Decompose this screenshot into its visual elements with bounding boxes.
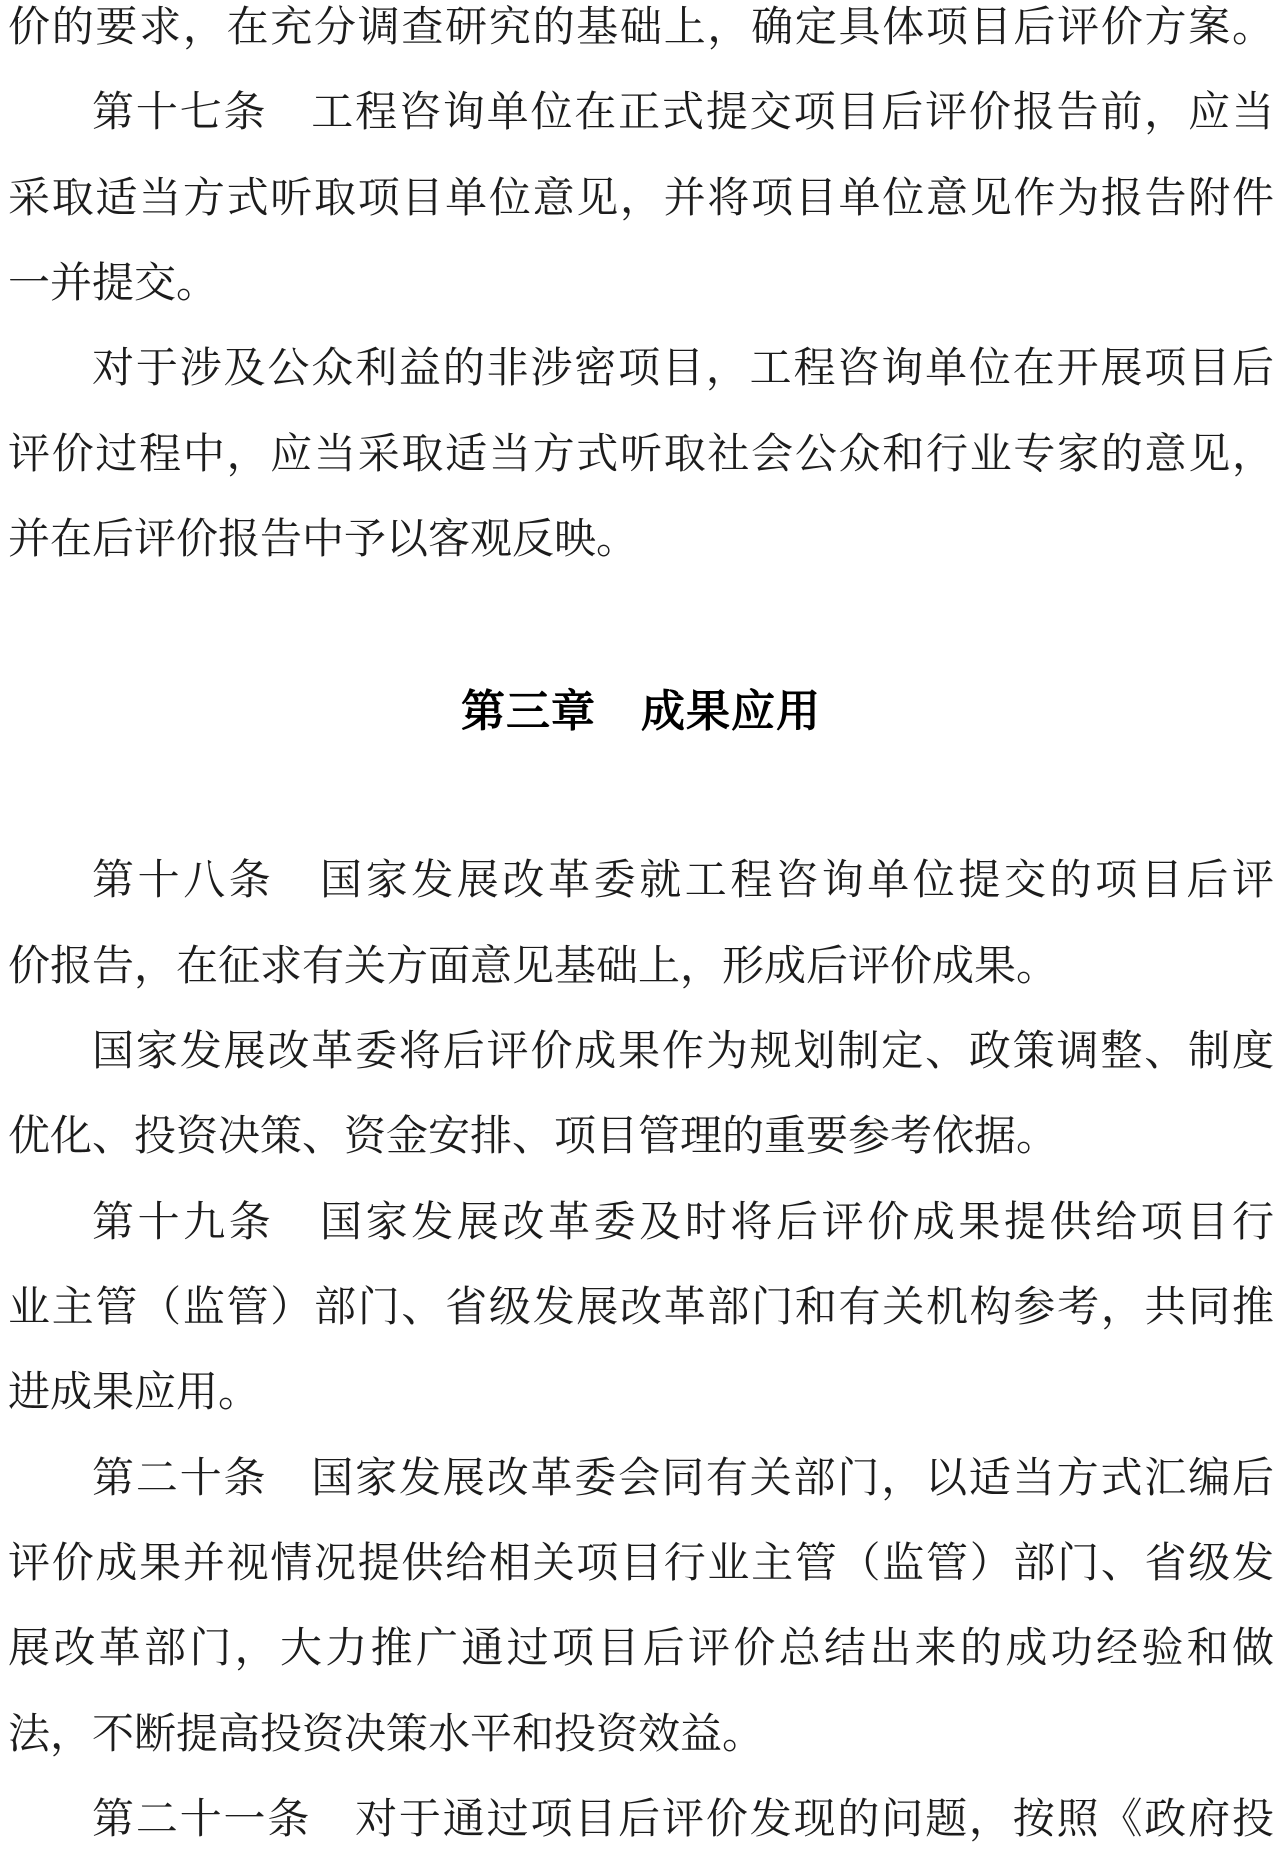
blank-line	[8, 754, 1274, 839]
text-line: 优化、投资决策、资金安排、项目管理的重要参考依据。	[8, 1095, 1274, 1180]
text-line: 价报告，在征求有关方面意见基础上，形成后评价成果。	[8, 925, 1274, 1010]
text-line: 价的要求，在充分调查研究的基础上，确定具体项目后评价方案。	[8, 0, 1274, 71]
text-line: 第二十条 国家发展改革委会同有关部门，以适当方式汇编后	[8, 1437, 1274, 1522]
text-line: 一并提交。	[8, 242, 1274, 327]
text-line: 评价成果并视情况提供给相关项目行业主管（监管）部门、省级发	[8, 1522, 1274, 1607]
text-line: 采取适当方式听取项目单位意见，并将项目单位意见作为报告附件	[8, 157, 1274, 242]
text-line: 展改革部门，大力推广通过项目后评价总结出来的成功经验和做	[8, 1607, 1274, 1692]
text-line: 第十七条 工程咨询单位在正式提交项目后评价报告前，应当	[8, 71, 1274, 156]
blank-line	[8, 583, 1274, 668]
text-line: 第十九条 国家发展改革委及时将后评价成果提供给项目行	[8, 1181, 1274, 1266]
text-line: 国家发展改革委将后评价成果作为规划制定、政策调整、制度	[8, 1010, 1274, 1095]
text-line: 评价过程中，应当采取适当方式听取社会公众和行业专家的意见，	[8, 413, 1274, 498]
text-line: 法，不断提高投资决策水平和投资效益。	[8, 1693, 1274, 1778]
text-line: 业主管（监管）部门、省级发展改革部门和有关机构参考，共同推	[8, 1266, 1274, 1351]
document-page: 价的要求，在充分调查研究的基础上，确定具体项目后评价方案。第十七条 工程咨询单位…	[0, 0, 1280, 1863]
text-line: 并在后评价报告中予以客观反映。	[8, 498, 1274, 583]
text-line: 对于涉及公众利益的非涉密项目，工程咨询单位在开展项目后	[8, 327, 1274, 412]
text-line: 第十八条 国家发展改革委就工程咨询单位提交的项目后评	[8, 839, 1274, 924]
chapter-heading: 第三章 成果应用	[8, 669, 1274, 754]
text-line: 第二十一条 对于通过项目后评价发现的问题，按照《政府投	[8, 1778, 1274, 1863]
text-line: 进成果应用。	[8, 1351, 1274, 1436]
